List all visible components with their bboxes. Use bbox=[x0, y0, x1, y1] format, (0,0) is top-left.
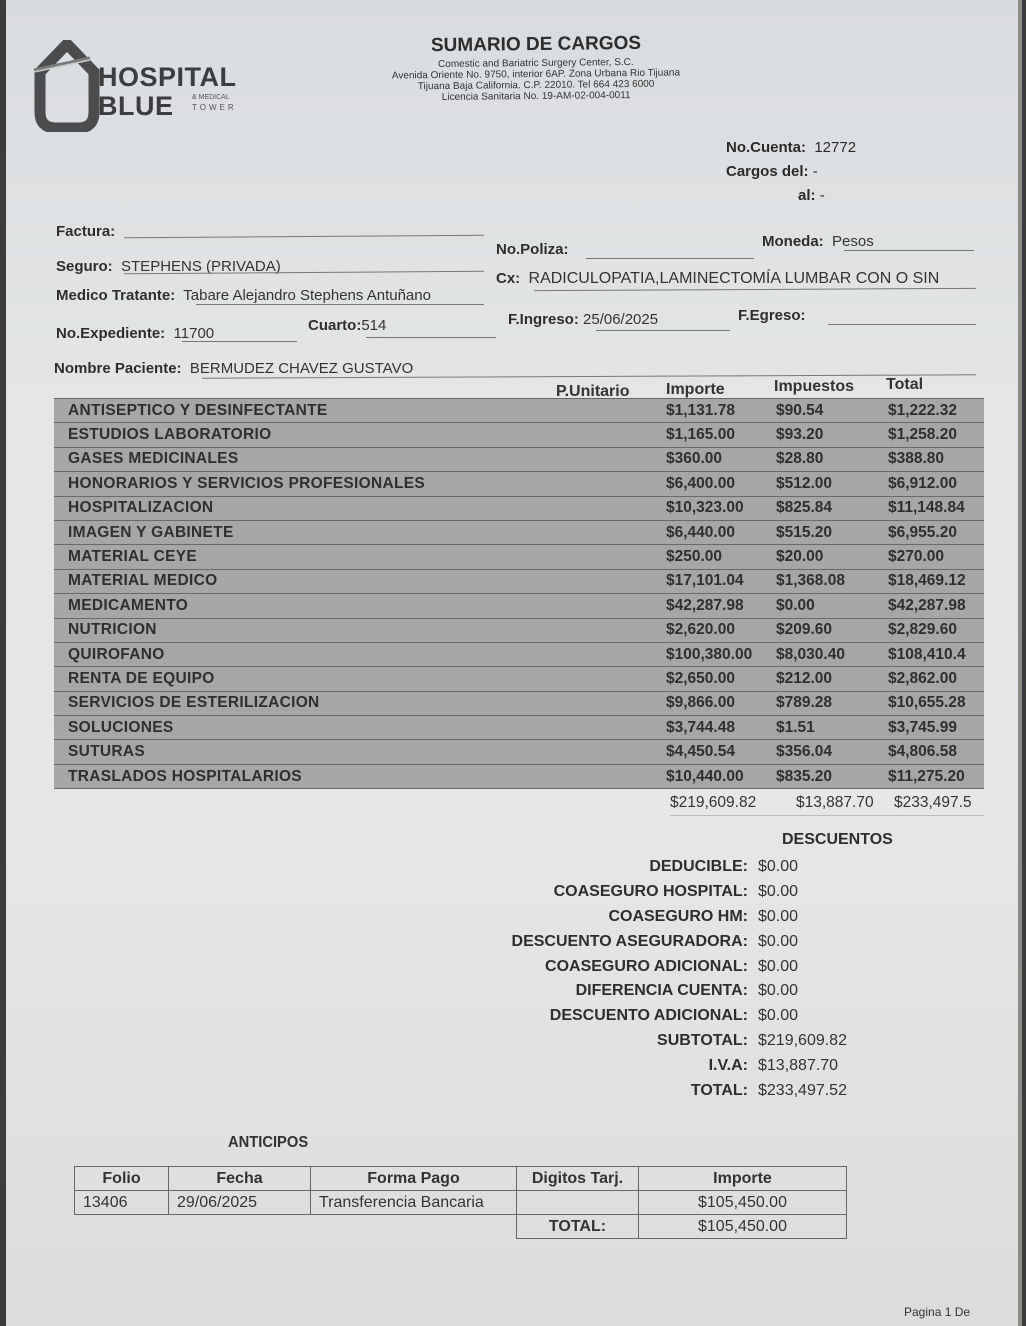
poliza-label: No.Poliza: bbox=[496, 241, 569, 258]
charge-importe: $4,450.54 bbox=[666, 743, 776, 761]
summary-label: COASEGURO HOSPITAL: bbox=[446, 883, 758, 901]
charge-row: MATERIAL MEDICO$17,101.04$1,368.08$18,46… bbox=[54, 570, 984, 594]
paciente-field: Nombre Paciente: BERMUDEZ CHAVEZ GUSTAVO bbox=[54, 360, 413, 377]
charge-total: $2,862.00 bbox=[888, 670, 984, 688]
anticipo-fecha: 29/06/2025 bbox=[169, 1191, 311, 1215]
medico-label: Medico Tratante: bbox=[56, 287, 175, 304]
charge-total: $42,287.98 bbox=[888, 597, 984, 615]
summary-value: $0.00 bbox=[758, 958, 798, 976]
charge-row: ESTUDIOS LABORATORIO$1,165.00$93.20$1,25… bbox=[54, 423, 984, 447]
moneda-underline bbox=[844, 250, 974, 251]
anticipos-col-importe: Importe bbox=[639, 1167, 847, 1191]
summary-value: $0.00 bbox=[758, 883, 798, 901]
charge-impuestos: $209.60 bbox=[776, 621, 888, 639]
charge-grupo: MATERIAL CEYE bbox=[54, 548, 666, 566]
summary-value: $0.00 bbox=[758, 858, 798, 876]
charge-total: $1,258.20 bbox=[888, 426, 984, 444]
moneda-label: Moneda: bbox=[762, 233, 824, 250]
summary-value: $233,497.52 bbox=[758, 1082, 847, 1100]
charge-importe: $42,287.98 bbox=[666, 597, 776, 615]
summary-label: DESCUENTO ADICIONAL: bbox=[446, 1007, 758, 1025]
cuarto-underline bbox=[366, 337, 496, 338]
summary-label: DIFERENCIA CUENTA: bbox=[446, 982, 758, 1000]
document-page: HOSPITAL BLUE & MEDICAL TOWER SUMARIO DE… bbox=[6, 0, 1022, 1326]
summary-row: I.V.A:$13,887.70 bbox=[446, 1053, 906, 1078]
charge-grupo: GASES MEDICINALES bbox=[54, 450, 666, 468]
anticipos-title: ANTICIPOS bbox=[228, 1134, 308, 1152]
charge-grupo: QUIROFANO bbox=[54, 646, 666, 664]
summary-label: TOTAL: bbox=[446, 1082, 758, 1100]
paciente-label: Nombre Paciente: bbox=[54, 360, 182, 377]
charge-row: IMAGEN Y GABINETE$6,440.00$515.20$6,955.… bbox=[54, 521, 984, 545]
charge-importe: $250.00 bbox=[666, 548, 776, 566]
charge-impuestos: $212.00 bbox=[776, 670, 888, 688]
cx-value: RADICULOPATIA,LAMINECTOMÍA LUMBAR CON O … bbox=[529, 270, 940, 287]
cx-field: Cx: RADICULOPATIA,LAMINECTOMÍA LUMBAR CO… bbox=[496, 270, 939, 288]
charge-grupo: IMAGEN Y GABINETE bbox=[54, 524, 666, 542]
summary-value: $0.00 bbox=[758, 1007, 798, 1025]
expediente-value: 11700 bbox=[174, 325, 215, 342]
charge-grupo: HOSPITALIZACION bbox=[54, 499, 666, 517]
charge-row: SOLUCIONES$3,744.48$1.51$3,745.99 bbox=[54, 716, 984, 740]
discounts-title: DESCUENTOS bbox=[782, 831, 893, 849]
expediente-field: No.Expediente: 11700 bbox=[56, 325, 214, 342]
charge-impuestos: $0.00 bbox=[776, 597, 888, 615]
charge-row: MEDICAMENTO$42,287.98$0.00$42,287.98 bbox=[54, 594, 984, 618]
cuenta-value: 12772 bbox=[814, 139, 856, 156]
charge-row: HOSPITALIZACION$10,323.00$825.84$11,148.… bbox=[54, 497, 984, 521]
summary-row: COASEGURO HOSPITAL:$0.00 bbox=[446, 880, 906, 905]
charge-row: ANTISEPTICO Y DESINFECTANTE$1,131.78$90.… bbox=[54, 399, 984, 423]
anticipos-header-row: Folio Fecha Forma Pago Digitos Tarj. Imp… bbox=[75, 1167, 847, 1191]
charges-totals-row: $219,609.82 $13,887.70 $233,497.5 bbox=[670, 794, 984, 816]
cx-underline bbox=[534, 288, 976, 291]
charge-row: GASES MEDICINALES$360.00$28.80$388.80 bbox=[54, 448, 984, 472]
charge-row: HONORARIOS Y SERVICIOS PROFESIONALES$6,4… bbox=[54, 472, 984, 496]
charge-grupo: MEDICAMENTO bbox=[54, 597, 666, 615]
hospital-logo: HOSPITAL BLUE & MEDICAL TOWER bbox=[32, 40, 272, 132]
charge-row: SERVICIOS DE ESTERILIZACION$9,866.00$789… bbox=[54, 692, 984, 716]
account-info: No.Cuenta: 12772 Cargos del: - al: - bbox=[726, 136, 856, 208]
charge-row: TRASLADOS HOSPITALARIOS$10,440.00$835.20… bbox=[54, 765, 984, 789]
charge-importe: $6,440.00 bbox=[666, 524, 776, 542]
egreso-field: F.Egreso: bbox=[738, 307, 806, 324]
charge-importe: $2,650.00 bbox=[666, 670, 776, 688]
charge-total: $10,655.28 bbox=[888, 694, 984, 712]
cuarto-field: Cuarto:514 bbox=[308, 317, 386, 334]
charge-importe: $9,866.00 bbox=[666, 694, 776, 712]
charge-impuestos: $515.20 bbox=[776, 524, 888, 542]
factura-label: Factura: bbox=[56, 223, 115, 240]
charge-grupo: NUTRICION bbox=[54, 621, 666, 639]
summary-row: DESCUENTO ADICIONAL:$0.00 bbox=[446, 1004, 906, 1029]
al-label: al: bbox=[798, 187, 816, 204]
logo-blue-text: BLUE bbox=[98, 91, 174, 122]
seguro-label: Seguro: bbox=[56, 258, 113, 275]
charge-impuestos: $825.84 bbox=[776, 499, 888, 517]
charge-total: $1,222.32 bbox=[888, 402, 984, 420]
charge-grupo: ANTISEPTICO Y DESINFECTANTE bbox=[54, 402, 666, 420]
anticipos-col-forma-pago: Forma Pago bbox=[311, 1167, 517, 1191]
paciente-value: BERMUDEZ CHAVEZ GUSTAVO bbox=[190, 360, 413, 377]
summary-row: SUBTOTAL:$219,609.82 bbox=[446, 1029, 906, 1054]
charge-importe: $17,101.04 bbox=[666, 572, 776, 590]
summary-label: DESCUENTO ASEGURADORA: bbox=[446, 933, 758, 951]
expediente-underline bbox=[182, 341, 297, 342]
anticipos-total-label: TOTAL: bbox=[517, 1215, 639, 1239]
summary-row: TOTAL:$233,497.52 bbox=[446, 1078, 906, 1103]
col-header-impuestos: Impuestos bbox=[774, 378, 854, 396]
charge-importe: $10,440.00 bbox=[666, 768, 776, 786]
logo-hospital-text: HOSPITAL bbox=[98, 62, 237, 93]
al-value: - bbox=[820, 187, 825, 204]
anticipo-digitos bbox=[517, 1191, 639, 1215]
company-info: Comestic and Bariatric Surgery Center, S… bbox=[336, 56, 736, 104]
charge-total: $11,148.84 bbox=[888, 499, 984, 517]
summary-row: COASEGURO ADICIONAL:$0.00 bbox=[446, 954, 906, 979]
medico-underline bbox=[196, 304, 484, 305]
ingreso-label: F.Ingreso: bbox=[508, 311, 579, 328]
totals-importe: $219,609.82 bbox=[670, 794, 790, 812]
charge-row: NUTRICION$2,620.00$209.60$2,829.60 bbox=[54, 619, 984, 643]
charge-importe: $360.00 bbox=[666, 450, 776, 468]
anticipos-total-row: TOTAL: $105,450.00 bbox=[75, 1215, 847, 1239]
charge-grupo: SERVICIOS DE ESTERILIZACION bbox=[54, 694, 666, 712]
egreso-label: F.Egreso: bbox=[738, 307, 806, 324]
charge-total: $18,469.12 bbox=[888, 572, 984, 590]
summary-row: COASEGURO HM:$0.00 bbox=[446, 905, 906, 930]
cuarto-label: Cuarto: bbox=[308, 317, 361, 334]
anticipos-col-fecha: Fecha bbox=[169, 1167, 311, 1191]
cx-label: Cx: bbox=[496, 270, 520, 287]
page-edge bbox=[1018, 0, 1022, 1326]
ingreso-value: 25/06/2025 bbox=[583, 311, 658, 328]
charges-table: ANTISEPTICO Y DESINFECTANTE$1,131.78$90.… bbox=[54, 398, 984, 789]
summary-row: DIFERENCIA CUENTA:$0.00 bbox=[446, 979, 906, 1004]
charge-impuestos: $20.00 bbox=[776, 548, 888, 566]
charge-impuestos: $8,030.40 bbox=[776, 646, 888, 664]
cuarto-value: 514 bbox=[361, 317, 386, 334]
charge-importe: $2,620.00 bbox=[666, 621, 776, 639]
anticipos-col-folio: Folio bbox=[75, 1167, 169, 1191]
factura-underline bbox=[124, 235, 484, 239]
egreso-underline bbox=[828, 324, 976, 325]
summary-value: $219,609.82 bbox=[758, 1032, 847, 1050]
charge-total: $270.00 bbox=[888, 548, 984, 566]
factura-field: Factura: bbox=[56, 223, 115, 240]
charge-total: $6,955.20 bbox=[888, 524, 984, 542]
charge-impuestos: $93.20 bbox=[776, 426, 888, 444]
charge-impuestos: $90.54 bbox=[776, 402, 888, 420]
summary-label: COASEGURO HM: bbox=[446, 908, 758, 926]
charge-total: $3,745.99 bbox=[888, 719, 984, 737]
charge-row: QUIROFANO$100,380.00$8,030.40$108,410.4 bbox=[54, 643, 984, 667]
poliza-field: No.Poliza: bbox=[496, 241, 569, 258]
anticipos-col-digitos: Digitos Tarj. bbox=[517, 1167, 639, 1191]
charge-impuestos: $356.04 bbox=[776, 743, 888, 761]
summary-label: DEDUCIBLE: bbox=[446, 858, 758, 876]
charge-row: MATERIAL CEYE$250.00$20.00$270.00 bbox=[54, 545, 984, 569]
charge-impuestos: $1,368.08 bbox=[776, 572, 888, 590]
col-header-importe: Importe bbox=[666, 381, 725, 399]
anticipos-row: 13406 29/06/2025 Transferencia Bancaria … bbox=[75, 1191, 847, 1215]
moneda-field: Moneda: Pesos bbox=[762, 233, 874, 250]
anticipo-importe: $105,450.00 bbox=[639, 1191, 847, 1215]
charge-impuestos: $28.80 bbox=[776, 450, 888, 468]
totals-impuestos: $13,887.70 bbox=[790, 794, 894, 812]
logo-tower-text: TOWER bbox=[192, 103, 237, 112]
col-header-total: Total bbox=[886, 376, 923, 394]
charge-grupo: MATERIAL MEDICO bbox=[54, 572, 666, 590]
charge-grupo: RENTA DE EQUIPO bbox=[54, 670, 666, 688]
charge-row: SUTURAS$4,450.54$356.04$4,806.58 bbox=[54, 740, 984, 764]
anticipos-table: Folio Fecha Forma Pago Digitos Tarj. Imp… bbox=[74, 1166, 847, 1239]
medico-field: Medico Tratante: Tabare Alejandro Stephe… bbox=[56, 287, 431, 304]
document-title: SUMARIO DE CARGOS bbox=[336, 32, 736, 58]
summary-value: $0.00 bbox=[758, 908, 798, 926]
logo-medical-text: & MEDICAL bbox=[192, 94, 230, 101]
charge-importe: $1,165.00 bbox=[666, 426, 776, 444]
summary-label: I.V.A: bbox=[446, 1057, 758, 1075]
summary-label: SUBTOTAL: bbox=[446, 1032, 758, 1050]
page-number: Pagina 1 De bbox=[904, 1305, 970, 1319]
charge-grupo: HONORARIOS Y SERVICIOS PROFESIONALES bbox=[54, 475, 666, 493]
charge-total: $108,410.4 bbox=[888, 646, 984, 664]
summary-row: DEDUCIBLE:$0.00 bbox=[446, 855, 906, 880]
charge-grupo: SUTURAS bbox=[54, 743, 666, 761]
charge-impuestos: $835.20 bbox=[776, 768, 888, 786]
charge-importe: $1,131.78 bbox=[666, 402, 776, 420]
charge-total: $11,275.20 bbox=[888, 768, 984, 786]
anticipos-total-value: $105,450.00 bbox=[639, 1215, 847, 1239]
cuenta-label: No.Cuenta: bbox=[726, 139, 806, 156]
charge-grupo: ESTUDIOS LABORATORIO bbox=[54, 426, 666, 444]
anticipo-folio: 13406 bbox=[75, 1191, 169, 1215]
house-drop-icon bbox=[32, 40, 102, 132]
charge-importe: $10,323.00 bbox=[666, 499, 776, 517]
summary-value: $0.00 bbox=[758, 933, 798, 951]
charge-importe: $6,400.00 bbox=[666, 475, 776, 493]
summary-value: $0.00 bbox=[758, 982, 798, 1000]
cargos-del-value: - bbox=[813, 163, 818, 180]
moneda-value: Pesos bbox=[832, 233, 874, 250]
summary-label: COASEGURO ADICIONAL: bbox=[446, 958, 758, 976]
poliza-underline bbox=[586, 258, 754, 259]
ingreso-field: F.Ingreso: 25/06/2025 bbox=[508, 311, 658, 328]
summary-row: DESCUENTO ASEGURADORA:$0.00 bbox=[446, 929, 906, 954]
charge-total: $4,806.58 bbox=[888, 743, 984, 761]
charge-grupo: SOLUCIONES bbox=[54, 719, 666, 737]
cargos-del-label: Cargos del: bbox=[726, 163, 809, 180]
charge-importe: $3,744.48 bbox=[666, 719, 776, 737]
charge-row: RENTA DE EQUIPO$2,650.00$212.00$2,862.00 bbox=[54, 667, 984, 691]
totals-total: $233,497.5 bbox=[894, 794, 984, 812]
expediente-label: No.Expediente: bbox=[56, 325, 165, 342]
medico-value: Tabare Alejandro Stephens Antuñano bbox=[183, 287, 431, 304]
charge-total: $2,829.60 bbox=[888, 621, 984, 639]
charge-total: $388.80 bbox=[888, 450, 984, 468]
anticipo-forma-pago: Transferencia Bancaria bbox=[311, 1191, 517, 1215]
charge-impuestos: $789.28 bbox=[776, 694, 888, 712]
charge-impuestos: $512.00 bbox=[776, 475, 888, 493]
charge-impuestos: $1.51 bbox=[776, 719, 888, 737]
charge-total: $6,912.00 bbox=[888, 475, 984, 493]
discounts-summary: DEDUCIBLE:$0.00COASEGURO HOSPITAL:$0.00C… bbox=[446, 855, 906, 1103]
charge-grupo: TRASLADOS HOSPITALARIOS bbox=[54, 768, 666, 786]
ingreso-underline bbox=[596, 330, 730, 331]
summary-value: $13,887.70 bbox=[758, 1057, 838, 1075]
charge-importe: $100,380.00 bbox=[666, 646, 776, 664]
